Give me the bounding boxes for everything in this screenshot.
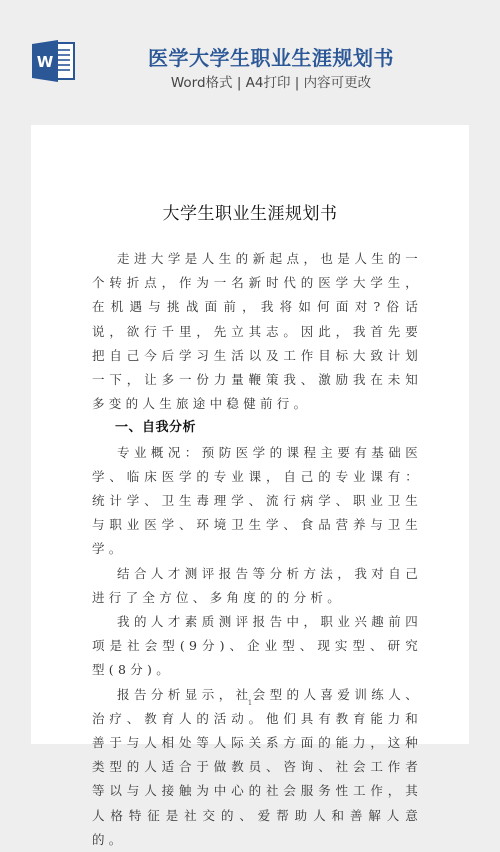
header-subtitle: Word格式 | A4打印 | 内容可更改 bbox=[0, 74, 500, 92]
paragraph-assessment-method: 结合人才测评报告等分析方法，我对自己进行了全方位、多角度的的分析。 bbox=[92, 562, 422, 610]
header-title: 医学大学生职业生涯规划书 bbox=[0, 46, 500, 70]
paragraph-major-overview: 专业概况：预防医学的课程主要有基础医学、临床医学的专业课，自己的专业课有：统计学… bbox=[92, 441, 422, 562]
preview-header: W 医学大学生职业生涯规划书 Word格式 | A4打印 | 内容可更改 bbox=[0, 0, 500, 120]
intro-paragraph: 走进大学是人生的新起点，也是人生的一个转折点，作为一名新时代的医学大学生，在机遇… bbox=[92, 247, 422, 416]
paragraph-interest-results: 我的人才素质测评报告中，职业兴趣前四项是社会型(9分)、企业型、现实型、研究型(… bbox=[92, 610, 422, 683]
page-number: 1 bbox=[31, 699, 469, 707]
document-title: 大学生职业生涯规划书 bbox=[31, 203, 469, 225]
section-heading-self-analysis: 一、自我分析 bbox=[92, 416, 422, 440]
paragraph-report-analysis: 报告分析显示，社会型的人喜爱训练人、治疗、教育人的活动。他们具有教育能力和善于与… bbox=[92, 683, 422, 750]
document-body: 走进大学是人生的新起点，也是人生的一个转折点，作为一名新时代的医学大学生，在机遇… bbox=[92, 247, 422, 750]
document-page: 大学生职业生涯规划书 走进大学是人生的新起点，也是人生的一个转折点，作为一名新时… bbox=[31, 125, 469, 744]
